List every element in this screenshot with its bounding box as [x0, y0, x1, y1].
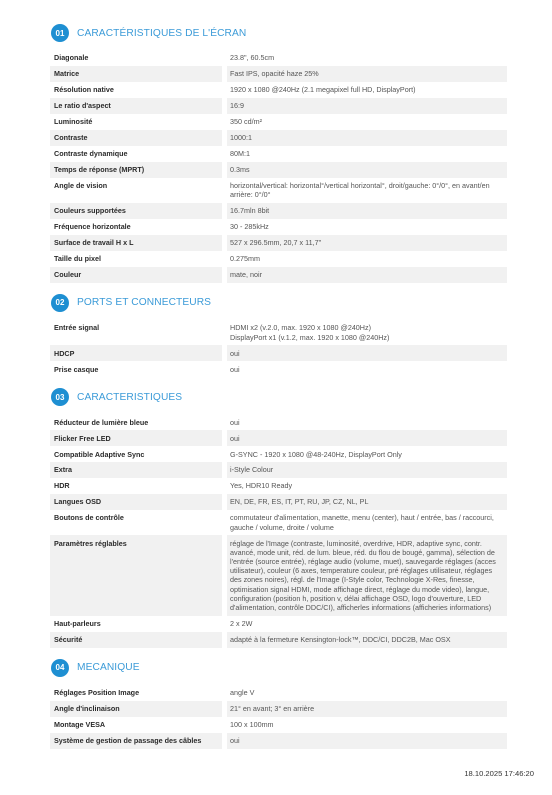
spec-row: Diagonale23.8", 60.5cm: [50, 50, 507, 66]
spec-value: 16.7mln 8bit: [227, 203, 507, 219]
spec-value: 80M:1: [227, 146, 507, 162]
spec-row: Compatible Adaptive SyncG-SYNC - 1920 x …: [50, 446, 507, 462]
spec-label: HDR: [50, 478, 227, 494]
spec-label: Système de gestion de passage des câbles: [50, 733, 227, 749]
spec-value: 21° en avant; 3° en arrière: [227, 701, 507, 717]
spec-label: Entrée signal: [50, 320, 227, 345]
spec-row: Temps de réponse (MPRT)0.3ms: [50, 162, 507, 178]
section-ports-et-connecteurs: 02PORTS ET CONNECTEURSEntrée signalHDMI …: [50, 292, 508, 377]
spec-label: Montage VESA: [50, 717, 227, 733]
spec-value: réglage de l'Image (contraste, luminosit…: [227, 535, 507, 615]
spec-label: Extra: [50, 462, 227, 478]
section-title: PORTS ET CONNECTEURS: [77, 297, 211, 308]
spec-row: Angle d'inclinaison21° en avant; 3° en a…: [50, 701, 507, 717]
spec-row: Haut-parleurs2 x 2W: [50, 616, 507, 632]
spec-row: Le ratio d'aspect16:9: [50, 98, 507, 114]
spec-label: Contraste: [50, 130, 227, 146]
spec-value: 0.3ms: [227, 162, 507, 178]
spec-value: oui: [227, 345, 507, 361]
spec-label: Diagonale: [50, 50, 227, 66]
section-title: CARACTERISTIQUES: [77, 392, 182, 403]
spec-label: Haut-parleurs: [50, 616, 227, 632]
spec-row: Contraste1000:1: [50, 130, 507, 146]
spec-value: commutateur d'alimentation, manette, men…: [227, 510, 507, 535]
spec-row: Surface de travail H x L527 x 296.5mm, 2…: [50, 235, 507, 251]
spec-value: 30 - 285kHz: [227, 219, 507, 235]
spec-row: HDRYes, HDR10 Ready: [50, 478, 507, 494]
spec-value: oui: [227, 733, 507, 749]
spec-value: horizontal/vertical: horizontal°/vertica…: [227, 178, 507, 203]
spec-table: Entrée signalHDMI x2 (v.2.0, max. 1920 x…: [50, 320, 507, 377]
section-number-badge: 01: [51, 24, 69, 42]
section-header: 01CARACTÉRISTIQUES DE L'ÉCRAN: [51, 22, 508, 44]
spec-value: 2 x 2W: [227, 616, 507, 632]
spec-label: HDCP: [50, 345, 227, 361]
section-header: 04MECANIQUE: [51, 657, 508, 679]
spec-row: Langues OSDEN, DE, FR, ES, IT, PT, RU, J…: [50, 494, 507, 510]
spec-value: 1000:1: [227, 130, 507, 146]
spec-value: 527 x 296.5mm, 20,7 x 11,7": [227, 235, 507, 251]
spec-value: HDMI x2 (v.2.0, max. 1920 x 1080 @240Hz)…: [227, 320, 507, 345]
spec-value: 350 cd/m²: [227, 114, 507, 130]
spec-value: 100 x 100mm: [227, 717, 507, 733]
spec-label: Le ratio d'aspect: [50, 98, 227, 114]
spec-label: Réglages Position Image: [50, 685, 227, 701]
spec-value: 1920 x 1080 @240Hz (2.1 megapixel full H…: [227, 82, 507, 98]
spec-value: adapté à la fermeture Kensington-lock™, …: [227, 632, 507, 648]
spec-label: Réducteur de lumière bleue: [50, 414, 227, 430]
spec-table: Réducteur de lumière bleueouiFlicker Fre…: [50, 414, 507, 647]
spec-label: Angle de vision: [50, 178, 227, 203]
spec-row: Fréquence horizontale30 - 285kHz: [50, 219, 507, 235]
spec-label: Taille du pixel: [50, 251, 227, 267]
spec-sheet: 01CARACTÉRISTIQUES DE L'ÉCRANDiagonale23…: [50, 22, 508, 758]
spec-row: Boutons de contrôlecommutateur d'aliment…: [50, 510, 507, 535]
spec-row: Luminosité350 cd/m²: [50, 114, 507, 130]
spec-label: Surface de travail H x L: [50, 235, 227, 251]
spec-row: Réducteur de lumière bleueoui: [50, 414, 507, 430]
spec-row: Montage VESA100 x 100mm: [50, 717, 507, 733]
spec-label: Angle d'inclinaison: [50, 701, 227, 717]
spec-value: mate, noir: [227, 267, 507, 283]
spec-row: MatriceFast IPS, opacité haze 25%: [50, 66, 507, 82]
spec-row: HDCPoui: [50, 345, 507, 361]
spec-row: Couleurs supportées16.7mln 8bit: [50, 203, 507, 219]
spec-row: Extrai-Style Colour: [50, 462, 507, 478]
spec-value: i-Style Colour: [227, 462, 507, 478]
spec-row: Flicker Free LEDoui: [50, 430, 507, 446]
spec-row: Système de gestion de passage des câbles…: [50, 733, 507, 749]
spec-label: Langues OSD: [50, 494, 227, 510]
spec-value: 23.8", 60.5cm: [227, 50, 507, 66]
spec-row: Résolution native1920 x 1080 @240Hz (2.1…: [50, 82, 507, 98]
spec-table: Diagonale23.8", 60.5cmMatriceFast IPS, o…: [50, 50, 507, 283]
spec-value: oui: [227, 361, 507, 377]
spec-label: Matrice: [50, 66, 227, 82]
section-header: 02PORTS ET CONNECTEURS: [51, 292, 508, 314]
spec-row: Réglages Position Imageangle V: [50, 685, 507, 701]
spec-row: Sécuritéadapté à la fermeture Kensington…: [50, 632, 507, 648]
spec-table: Réglages Position Imageangle VAngle d'in…: [50, 685, 507, 749]
spec-label: Compatible Adaptive Sync: [50, 446, 227, 462]
section-number-badge: 04: [51, 659, 69, 677]
spec-label: Flicker Free LED: [50, 430, 227, 446]
section-header: 03CARACTERISTIQUES: [51, 386, 508, 408]
spec-row: Taille du pixel0.275mm: [50, 251, 507, 267]
spec-label: Sécurité: [50, 632, 227, 648]
spec-label: Contraste dynamique: [50, 146, 227, 162]
spec-label: Paramètres réglables: [50, 535, 227, 615]
spec-label: Boutons de contrôle: [50, 510, 227, 535]
spec-value: oui: [227, 414, 507, 430]
spec-row: Contraste dynamique80M:1: [50, 146, 507, 162]
spec-row: Angle de visionhorizontal/vertical: hori…: [50, 178, 507, 203]
spec-value: oui: [227, 430, 507, 446]
section-title: MECANIQUE: [77, 662, 140, 673]
spec-row: Paramètres réglablesréglage de l'Image (…: [50, 535, 507, 615]
spec-label: Fréquence horizontale: [50, 219, 227, 235]
spec-value: Fast IPS, opacité haze 25%: [227, 66, 507, 82]
spec-row: Couleurmate, noir: [50, 267, 507, 283]
spec-value: Yes, HDR10 Ready: [227, 478, 507, 494]
spec-label: Couleur: [50, 267, 227, 283]
spec-value: EN, DE, FR, ES, IT, PT, RU, JP, CZ, NL, …: [227, 494, 507, 510]
section-caracteristiques: 03CARACTERISTIQUESRéducteur de lumière b…: [50, 386, 508, 647]
spec-label: Résolution native: [50, 82, 227, 98]
spec-label: Couleurs supportées: [50, 203, 227, 219]
spec-row: Prise casqueoui: [50, 361, 507, 377]
section-mecanique: 04MECANIQUERéglages Position Imageangle …: [50, 657, 508, 749]
section-number-badge: 02: [51, 294, 69, 312]
print-timestamp: 18.10.2025 17:46:20: [464, 769, 534, 778]
spec-value: G-SYNC - 1920 x 1080 @48-240Hz, DisplayP…: [227, 446, 507, 462]
spec-value: 16:9: [227, 98, 507, 114]
spec-label: Luminosité: [50, 114, 227, 130]
section-caracteristiques-de-l-ecran: 01CARACTÉRISTIQUES DE L'ÉCRANDiagonale23…: [50, 22, 508, 283]
section-number-badge: 03: [51, 388, 69, 406]
spec-label: Prise casque: [50, 361, 227, 377]
section-title: CARACTÉRISTIQUES DE L'ÉCRAN: [77, 28, 246, 39]
spec-label: Temps de réponse (MPRT): [50, 162, 227, 178]
spec-value: 0.275mm: [227, 251, 507, 267]
spec-value: angle V: [227, 685, 507, 701]
spec-row: Entrée signalHDMI x2 (v.2.0, max. 1920 x…: [50, 320, 507, 345]
